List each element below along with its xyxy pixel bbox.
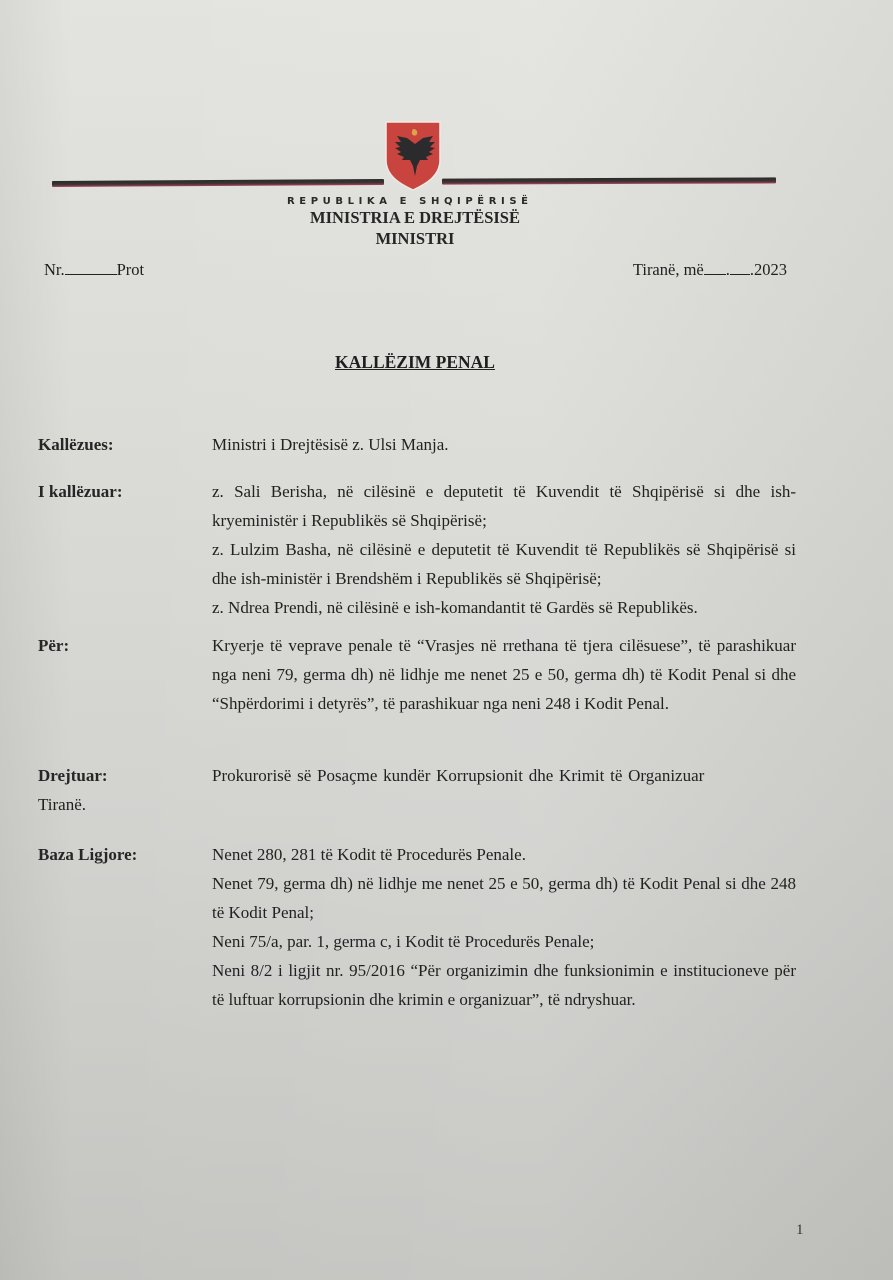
accused-item: z. Sali Berisha, në cilësinë e deputetit… xyxy=(212,477,796,535)
legal-basis-item: Neni 75/a, par. 1, germa c, i Kodit të P… xyxy=(212,927,796,956)
letterhead-rule-right xyxy=(442,177,776,184)
ministry-name: MINISTRIA E DREJTËSISË xyxy=(300,208,530,228)
place-date: Tiranë, më..2023 xyxy=(633,260,787,280)
protocol-number: Nr.Prot xyxy=(44,260,144,280)
legal-basis-item: Nenet 280, 281 të Kodit të Procedurës Pe… xyxy=(212,840,796,869)
month-blank xyxy=(730,260,750,275)
protocol-prefix: Nr. xyxy=(44,260,65,279)
letterhead-rule-left xyxy=(52,179,384,187)
addressed-to-city: Tiranë. xyxy=(38,795,86,815)
protocol-blank xyxy=(65,260,117,275)
accused-list: z. Sali Berisha, në cilësinë e deputetit… xyxy=(212,477,796,622)
year: .2023 xyxy=(750,260,787,279)
legal-basis-label: Baza Ligjore: xyxy=(38,845,137,865)
legal-basis-list: Nenet 280, 281 të Kodit të Procedurës Pe… xyxy=(212,840,796,1014)
legal-basis-item: Neni 8/2 i ligjit nr. 95/2016 “Për organ… xyxy=(212,956,796,1014)
document-title: KALLËZIM PENAL xyxy=(0,352,830,373)
addressed-to-value: Prokurorisë së Posaçme kundër Korrupsion… xyxy=(212,761,796,790)
republic-name: REPUBLIKA E SHQIPËRISË xyxy=(287,196,543,207)
complainant-label: Kallëzues: xyxy=(38,435,114,455)
place-prefix: Tiranë, më xyxy=(633,260,704,279)
page-number: 1 xyxy=(796,1222,804,1239)
day-blank xyxy=(704,260,726,275)
protocol-suffix: Prot xyxy=(117,260,145,279)
charges-label: Për: xyxy=(38,636,69,656)
addressed-to-label: Drejtuar: xyxy=(38,766,108,786)
albania-coat-of-arms-icon xyxy=(384,120,442,192)
charges-value: Kryerje të veprave penale të “Vrasjes në… xyxy=(212,631,796,718)
accused-item: z. Ndrea Prendi, në cilësinë e ish-koman… xyxy=(212,593,796,622)
accused-label: I kallëzuar: xyxy=(38,482,123,502)
accused-item: z. Lulzim Basha, në cilësinë e deputetit… xyxy=(212,535,796,593)
legal-basis-item: Nenet 79, germa dh) në lidhje me nenet 2… xyxy=(212,869,796,927)
complainant-value: Ministri i Drejtësisë z. Ulsi Manja. xyxy=(212,435,796,455)
office-name: MINISTRI xyxy=(300,229,530,249)
